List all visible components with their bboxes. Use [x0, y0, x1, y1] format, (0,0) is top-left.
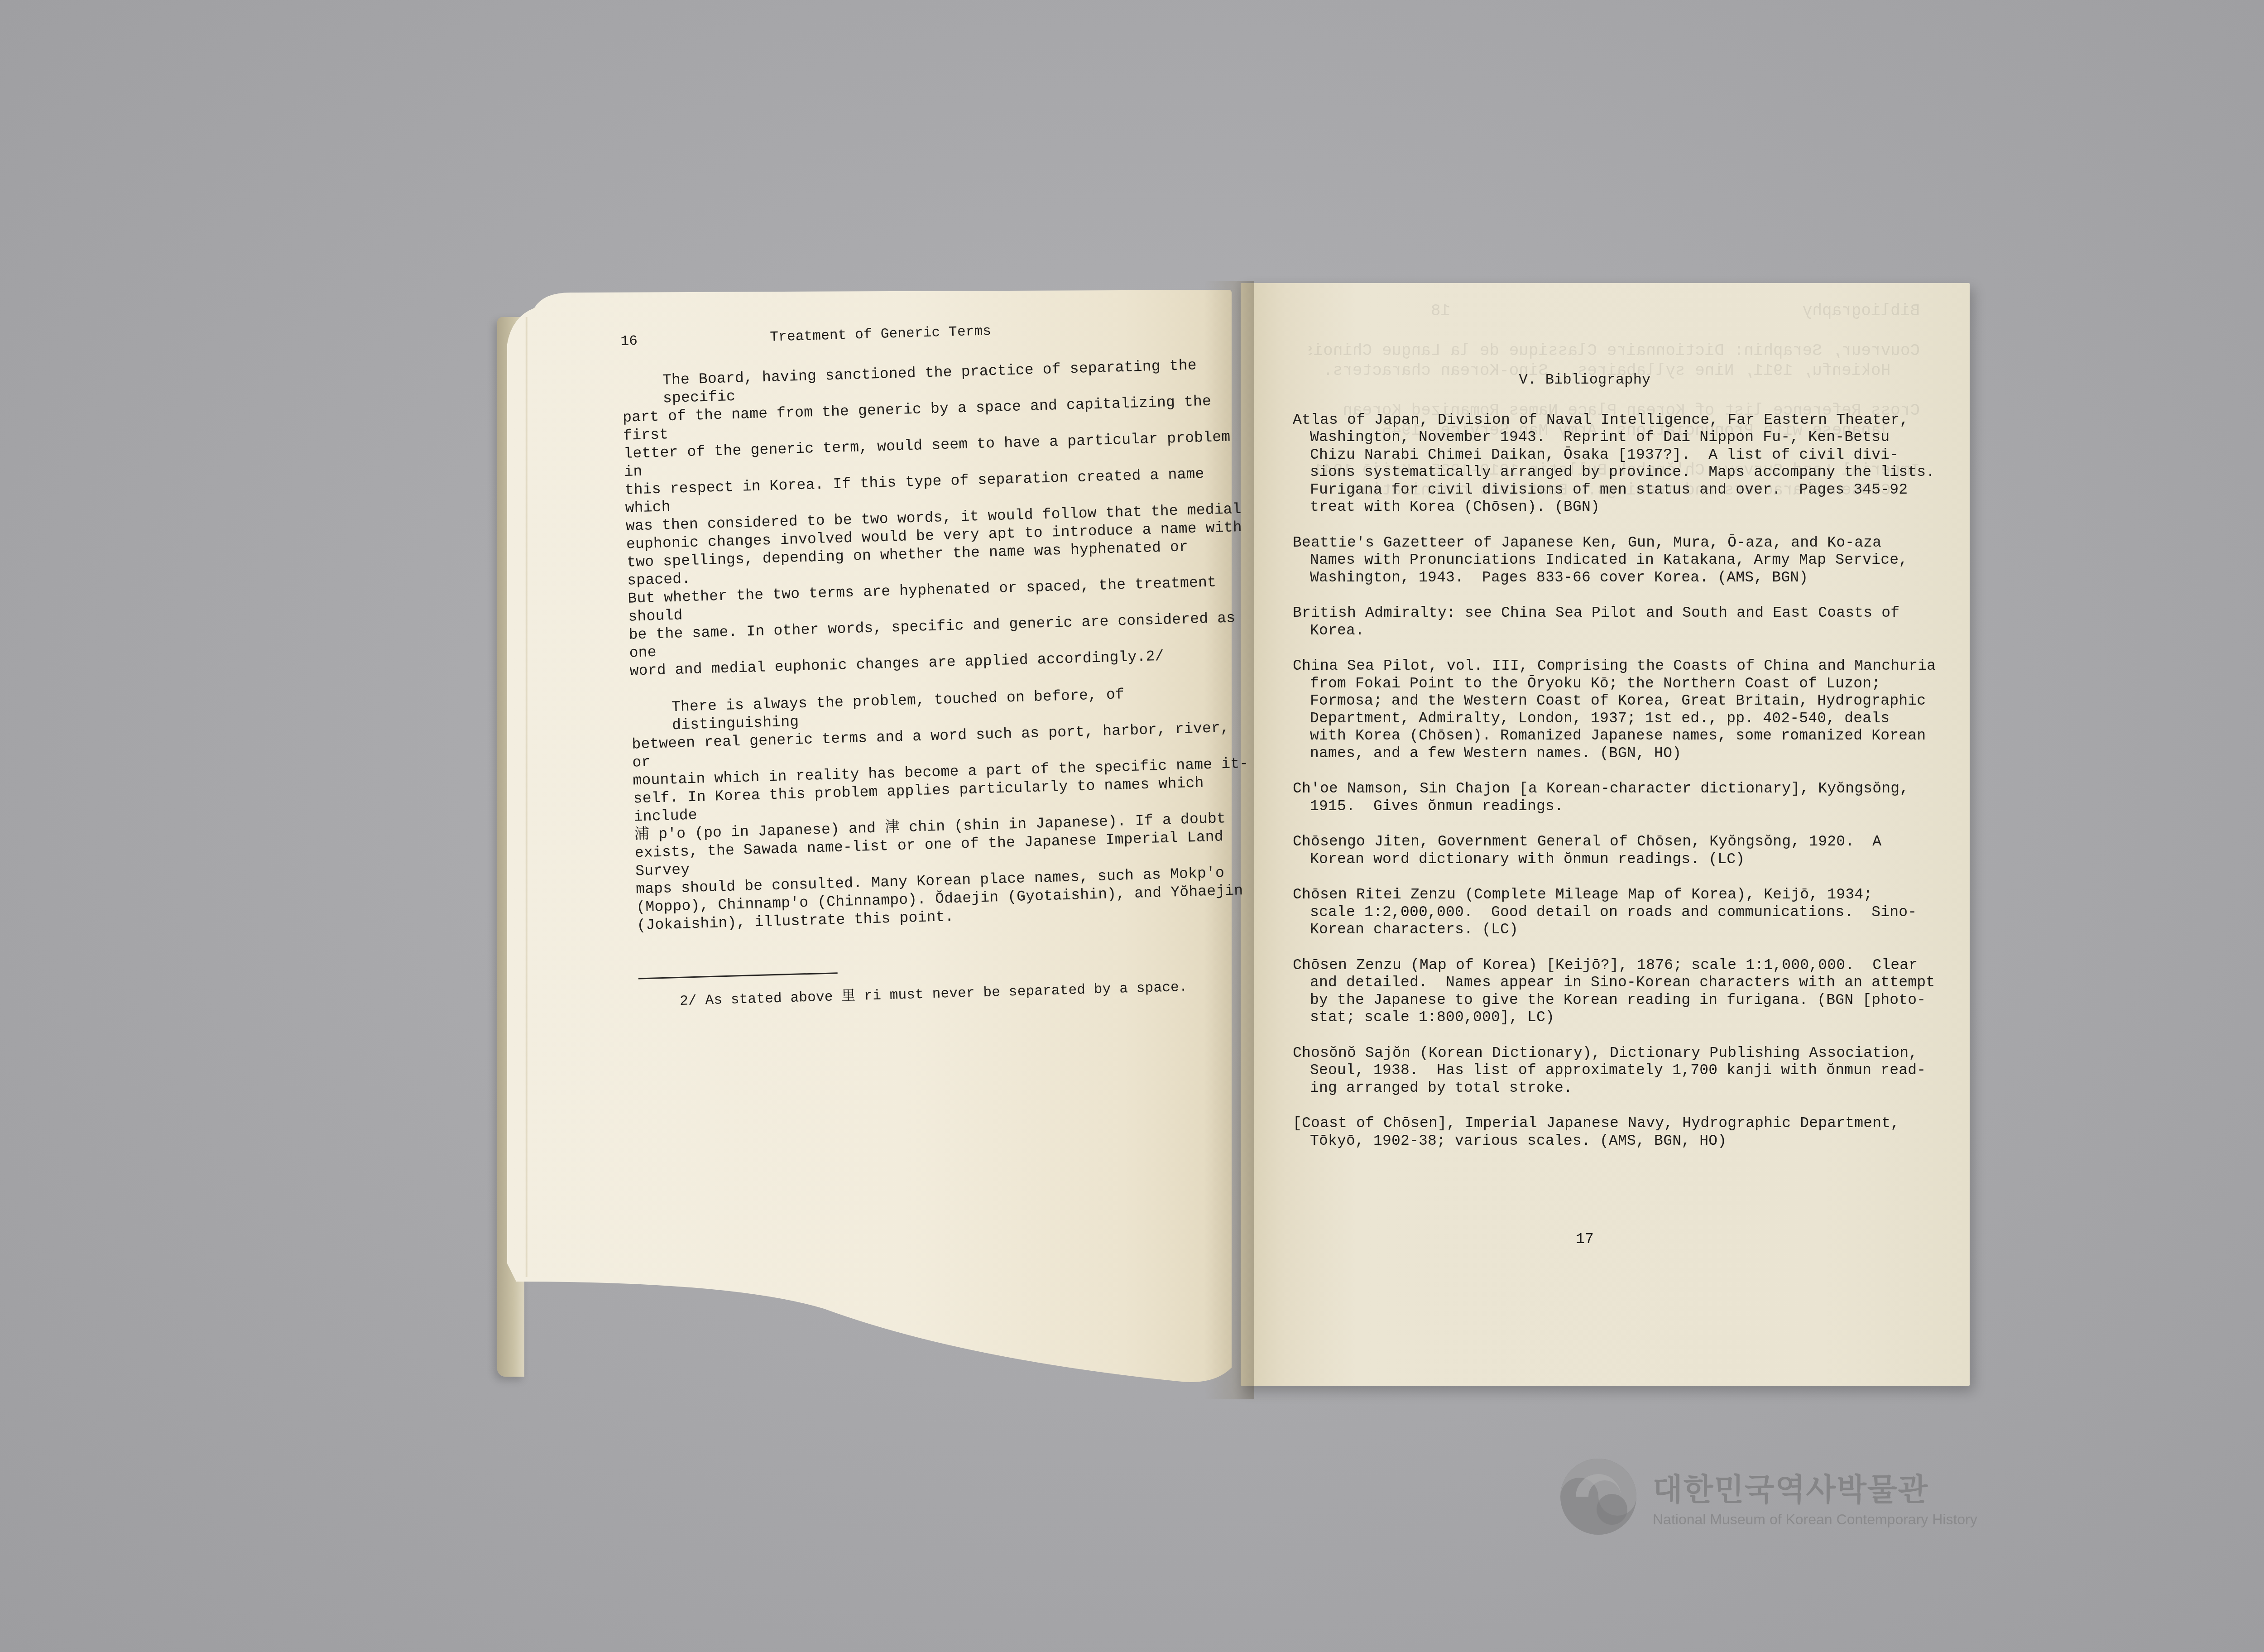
- paragraph-distinguishing-generic: There is always the problem, touched on …: [631, 682, 1262, 935]
- bib-entry-chosono-sajon: Chosŏnŏ Sajŏn (Korean Dictionary), Dicti…: [1293, 1045, 1940, 1097]
- bib-entry-atlas-of-japan: Atlas of Japan, Division of Naval Intell…: [1293, 412, 1940, 516]
- museum-swirl-logo-icon: [1558, 1456, 1639, 1537]
- museum-name: 대한민국역사박물관 National Museum of Korean Cont…: [1653, 1465, 1977, 1528]
- entry-line: and detailed. Names appear in Sino-Korea…: [1293, 974, 1940, 992]
- entry-line: sions systematically arranged by provinc…: [1293, 464, 1940, 481]
- entry-line: 1915. Gives ŏnmun readings.: [1293, 798, 1940, 816]
- bib-entry-coast-of-chosen: [Coast of Chōsen], Imperial Japanese Nav…: [1293, 1115, 1940, 1150]
- entry-line: British Admiralty: see China Sea Pilot a…: [1293, 605, 1940, 622]
- entry-line: ing arranged by total stroke.: [1293, 1080, 1940, 1097]
- bib-entry-british-admiralty: British Admiralty: see China Sea Pilot a…: [1293, 605, 1940, 639]
- open-book-photo: Bibliography 18 Couvreur, Seraphin: Dict…: [0, 0, 2264, 1652]
- entry-line: Washington, November 1943. Reprint of Da…: [1293, 429, 1940, 447]
- entry-line: Names with Pronunciations Indicated in K…: [1293, 552, 1940, 569]
- entry-line: names, and a few Western names. (BGN, HO…: [1293, 745, 1940, 763]
- entry-line: Chōsen Ritei Zenzu (Complete Mileage Map…: [1293, 886, 1940, 904]
- bib-entry-chosengo-jiten: Chōsengo Jiten, Government General of Ch…: [1293, 833, 1940, 868]
- section-title: V. Bibliography: [1229, 371, 1940, 389]
- entry-line: scale 1:2,000,000. Good detail on roads …: [1293, 904, 1940, 922]
- entry-line: Formosa; and the Western Coast of Korea,…: [1293, 692, 1940, 710]
- entry-line: Korean word dictionary with ŏnmun readin…: [1293, 851, 1940, 869]
- entry-line: with Korea (Chōsen). Romanized Japanese …: [1293, 727, 1940, 745]
- museum-name-english: National Museum of Korean Contemporary H…: [1653, 1511, 1977, 1528]
- entry-line: Korean characters. (LC): [1293, 921, 1940, 939]
- entry-line: Chosŏnŏ Sajŏn (Korean Dictionary), Dicti…: [1293, 1045, 1940, 1062]
- bib-entry-chosen-zenzu: Chōsen Zenzu (Map of Korea) [Keijō?], 18…: [1293, 957, 1940, 1027]
- entry-line: China Sea Pilot, vol. III, Comprising th…: [1293, 658, 1940, 675]
- entry-line: Chizu Narabi Chimei Daikan, Ōsaka [1937?…: [1293, 447, 1940, 464]
- entry-line: treat with Korea (Chōsen). (BGN): [1293, 499, 1940, 516]
- entry-line: stat; scale 1:800,000], LC): [1293, 1009, 1940, 1027]
- museum-watermark: 대한민국역사박물관 National Museum of Korean Cont…: [1558, 1456, 1977, 1537]
- entry-line: Ch'oe Namson, Sin Chajon [a Korean-chara…: [1293, 780, 1940, 798]
- entry-line: Atlas of Japan, Division of Naval Intell…: [1293, 412, 1940, 429]
- left-page-number: 16: [620, 329, 770, 351]
- entry-line: Department, Admiralty, London, 1937; 1st…: [1293, 710, 1940, 728]
- bib-entry-choe-namson: Ch'oe Namson, Sin Chajon [a Korean-chara…: [1293, 780, 1940, 815]
- entry-line: [Coast of Chōsen], Imperial Japanese Nav…: [1293, 1115, 1940, 1133]
- entry-line: Tōkyō, 1902-38; various scales. (AMS, BG…: [1293, 1133, 1940, 1150]
- bib-entry-beatties-gazetteer: Beattie's Gazetteer of Japanese Ken, Gun…: [1293, 534, 1940, 587]
- entry-line: Seoul, 1938. Has list of approximately 1…: [1293, 1062, 1940, 1080]
- entry-line: from Fokai Point to the Ōryoku Kō; the N…: [1293, 675, 1940, 693]
- paragraph-board-sanctioned: The Board, having sanctioned the practic…: [621, 355, 1254, 680]
- entry-line: by the Japanese to give the Korean readi…: [1293, 992, 1940, 1009]
- left-page-text: 16 Treatment of Generic Terms The Board,…: [620, 315, 1264, 1012]
- right-page-text: V. Bibliography Atlas of Japan, Division…: [1293, 371, 1940, 1168]
- right-page-number: 17: [1576, 1231, 1594, 1248]
- entry-line: Chōsengo Jiten, Government General of Ch…: [1293, 833, 1940, 851]
- museum-name-korean: 대한민국역사박물관: [1653, 1465, 1977, 1509]
- entry-line: Korea.: [1293, 622, 1940, 640]
- entry-line: Washington, 1943. Pages 833-66 cover Kor…: [1293, 569, 1940, 587]
- bib-entry-chosen-ritei-zenzu: Chōsen Ritei Zenzu (Complete Mileage Map…: [1293, 886, 1940, 939]
- footnote-divider: [638, 972, 838, 979]
- entry-line: Beattie's Gazetteer of Japanese Ken, Gun…: [1293, 534, 1940, 552]
- entry-line: Chōsen Zenzu (Map of Korea) [Keijō?], 18…: [1293, 957, 1940, 975]
- bib-entry-china-sea-pilot: China Sea Pilot, vol. III, Comprising th…: [1293, 658, 1940, 762]
- page-fold-line: [525, 317, 528, 1277]
- entry-line: Furigana for civil divisions of men stat…: [1293, 481, 1940, 499]
